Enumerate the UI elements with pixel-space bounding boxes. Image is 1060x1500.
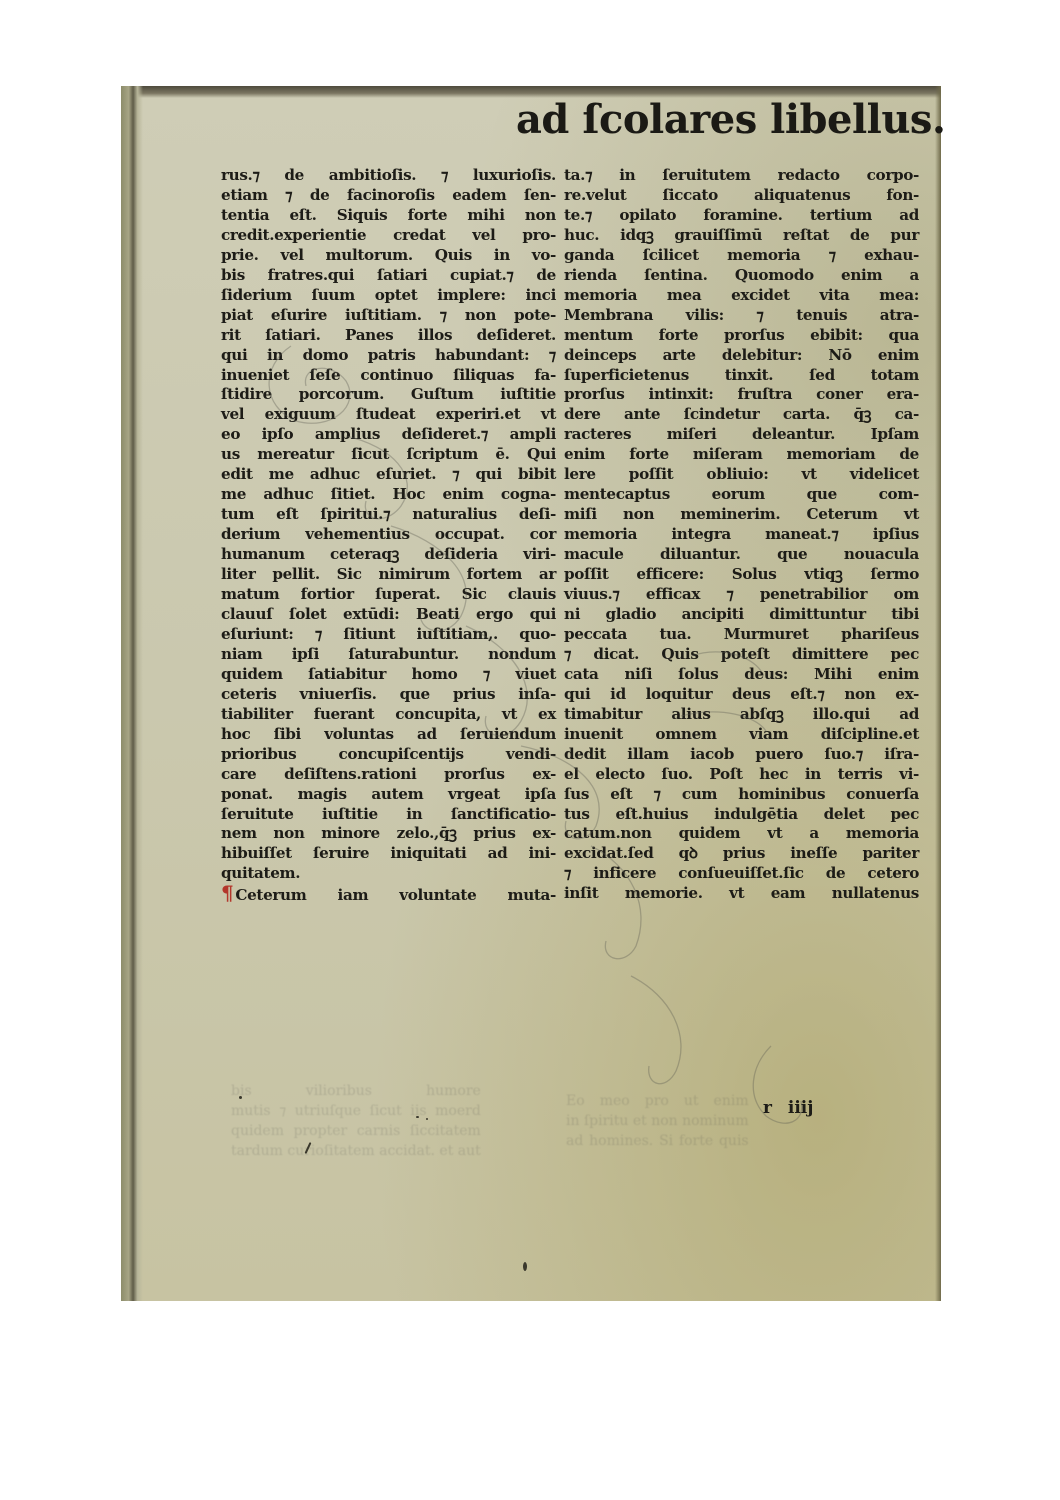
text-line: memoria mea excidet vita mea: (564, 286, 919, 306)
text-line: huc. idqꝫ grauiſſimū reſtat de pur (564, 226, 919, 246)
text-line: care deſiſtens.rationi prorſus ex- (221, 765, 556, 785)
paper-speck (523, 1262, 527, 1271)
text-line: miſi non meminerim. Ceterum vt (564, 505, 919, 525)
bleed-line: mutis ⁊ utriuſque ſicut iis moerd (231, 1101, 481, 1121)
text-line: tus eſt.huius indulgētia delet pec (564, 805, 919, 825)
bleed-line: bis vilioribus humore (231, 1081, 481, 1101)
text-line: vel exiguum ſtudeat experiri.et vt (221, 405, 556, 425)
text-line: ſiderium ſuum optet implere: inci (221, 286, 556, 306)
text-line: re.velut ſiccato aliquatenus fon- (564, 186, 919, 206)
text-line: qui id loquitur deus eſt.⁊ non ex- (564, 685, 919, 705)
text-line: prie. vel multorum. Quis in vo- (221, 246, 556, 266)
text-line: deinceps arte delebitur: Nō enim (564, 346, 919, 366)
text-line: me adhuc ſitiet. Hoc enim cogna- (221, 485, 556, 505)
text-line: qui in domo patris habundant: ⁊ (221, 346, 556, 366)
text-line: enim forte miſeram memoriam de (564, 445, 919, 465)
text-line: ponat. magis autem vrgeat ipſa (221, 785, 556, 805)
bleed-line: tardum curioſitatem accidat. et aut (231, 1141, 481, 1161)
text-line: edit me adhuc eſuriet. ⁊ qui bibit (221, 465, 556, 485)
text-line: rienda ſentina. Quomodo enim a (564, 266, 919, 286)
text-line: Ceterum iam voluntate muta- (235, 886, 556, 904)
text-line: ta.⁊ in ſeruitutem redacto corpo- (564, 166, 919, 186)
text-line: piat eſurire iuſtitiam. ⁊ non pote- (221, 306, 556, 326)
text-line: matum fortior ſuperat. Sic clauis (221, 585, 556, 605)
paper-speck (426, 1118, 428, 1120)
text-line: credit.experientie credat vel pro- (221, 226, 556, 246)
text-line: mentecaptus eorum que com- (564, 485, 919, 505)
text-line: prorſus intinxit: fruſtra coner era- (564, 385, 919, 405)
text-line: tiabiliter fuerant concupita, vt ex (221, 705, 556, 725)
text-line: us mereatur ſicut ſcriptum ē. Qui (221, 445, 556, 465)
text-line: inuenit omnem viam diſcipline.et (564, 725, 919, 745)
text-line: ceteris vniuerſis. que prius inſa- (221, 685, 556, 705)
right-text-column: ta.⁊ in ſeruitutem redacto corpo- re.vel… (564, 166, 919, 904)
text-line: ſus eſt ⁊ cum hominibus conuerſa (564, 785, 919, 805)
text-line: inueniet ſeſe continuo ſiliquas fa- (221, 366, 556, 386)
text-line: nem non minore zelo.,q̄ꝫ prius ex- (221, 824, 556, 844)
bleed-through-text-left: bis vilioribus humore mutis ⁊ utriuſque … (231, 1081, 481, 1161)
text-line: etiam ⁊ de facinoroſis eadem ſen- (221, 186, 556, 206)
text-line: hoc ſibi voluntas ad ſeruiendum (221, 725, 556, 745)
text-line: quitatem. (221, 864, 556, 884)
rubricated-paragraph-mark-icon: ¶ (221, 881, 233, 905)
text-line: ſeruitute iuſtitie in ſanctificatio- (221, 805, 556, 825)
text-line: ſuperficietenus tinxit. ſed totam (564, 366, 919, 386)
text-line: prioribus concupiſcentijs vendi- (221, 745, 556, 765)
text-line: lere poſſit obliuio: vt videlicet (564, 465, 919, 485)
text-line: tum eſt ſpiritui.⁊ naturalius deſi- (221, 505, 556, 525)
text-line: catum.non quidem vt a memoria (564, 824, 919, 844)
text-line: macule diluantur. que nouacula (564, 545, 919, 565)
text-line: excidat.ſed qꝺ prius ineſſe pariter (564, 844, 919, 864)
text-line: ni gladio ancipiti dimittuntur tibi (564, 605, 919, 625)
text-line: peccata tua. Murmuret phariſeus (564, 625, 919, 645)
paragraph-line: ¶Ceterum iam voluntate muta- (221, 884, 556, 906)
text-line: ⁊ inficere conſueuiſſet.ſic de cetero (564, 864, 919, 884)
text-line: dedit illam iacob puero ſuo.⁊ iſra- (564, 745, 919, 765)
text-line: clauuſ ſolet extūdi: Beati ergo qui (221, 605, 556, 625)
running-head: ad ſcolares libellus. (516, 96, 945, 143)
text-line: el electo ſuo. Poſt hec in terris vi- (564, 765, 919, 785)
text-line: timabitur alius abſqꝫ illo.qui ad (564, 705, 919, 725)
binding-gutter-shadow (121, 86, 143, 1301)
text-line: tentia eſt. Siquis forte mihi non (221, 206, 556, 226)
paper-speck (239, 1096, 242, 1099)
text-line: eo ipſo amplius deſideret.⁊ ampli (221, 425, 556, 445)
text-line: ſtidire porcorum. Guſtum iuſtitie (221, 385, 556, 405)
text-line: viuus.⁊ efficax ⁊ penetrabilior om (564, 585, 919, 605)
paper-speck (416, 1116, 419, 1118)
signature-mark: r iiij (763, 1098, 813, 1118)
text-line: inſit memorie. vt eam nullatenus (564, 884, 919, 904)
text-line: cata niſi ſolus deus: Mihi enim (564, 665, 919, 685)
text-line: ganda ſcilicet memoria ⁊ exhau- (564, 246, 919, 266)
text-line: Membrana vilis: ⁊ tenuis atra- (564, 306, 919, 326)
text-line: dere ante ſcindetur carta. q̄ꝫ ca- (564, 405, 919, 425)
text-line: poſſit efficere: Solus vtiqꝫ ſermo (564, 565, 919, 585)
left-text-column: rus.⁊ de ambitioſis. ⁊ luxurioſis. etiam… (221, 166, 556, 906)
text-line: ⁊ dicat. Quis poteſt dimittere pec (564, 645, 919, 665)
text-line: rus.⁊ de ambitioſis. ⁊ luxurioſis. (221, 166, 556, 186)
text-line: memoria integra maneat.⁊ ipſius (564, 525, 919, 545)
text-line: hibuiſſet ſeruire iniquitati ad ini- (221, 844, 556, 864)
text-line: derium vehementius occupat. cor (221, 525, 556, 545)
text-line: quidem ſatiabitur homo ⁊ viuet (221, 665, 556, 685)
text-line: rit ſatiari. Panes illos deſideret. (221, 326, 556, 346)
bleed-line: Eo meo pro ut enim (566, 1091, 749, 1111)
text-line: humanum ceteraqꝫ deſideria viri- (221, 545, 556, 565)
bleed-line: quidem propter carnis ſiccitatem (231, 1121, 481, 1141)
bleed-through-text-right: Eo meo pro ut enim in ſpiritu et non nom… (566, 1091, 749, 1151)
text-line: mentum forte prorſus ebibit: qua (564, 326, 919, 346)
text-line: eſuriunt: ⁊ ſitiunt iuſtitiam,. quo- (221, 625, 556, 645)
text-line: te.⁊ opilato foramine. tertium ad (564, 206, 919, 226)
book-page: ad ſcolares libellus. bis vilioribus hum… (121, 86, 941, 1301)
text-line: niam ipſi ſaturabuntur. nondum (221, 645, 556, 665)
bleed-line: in ſpiritu et non nominum (566, 1111, 749, 1131)
text-line: bis fratres.qui ſatiari cupiat.⁊ de (221, 266, 556, 286)
bleed-line: ad homines. Si forte quis (566, 1131, 749, 1151)
text-line: racteres miſeri deleantur. Ipſam (564, 425, 919, 445)
text-line: liter pellit. Sic nimirum fortem ar (221, 565, 556, 585)
page-right-edge (935, 86, 941, 1301)
